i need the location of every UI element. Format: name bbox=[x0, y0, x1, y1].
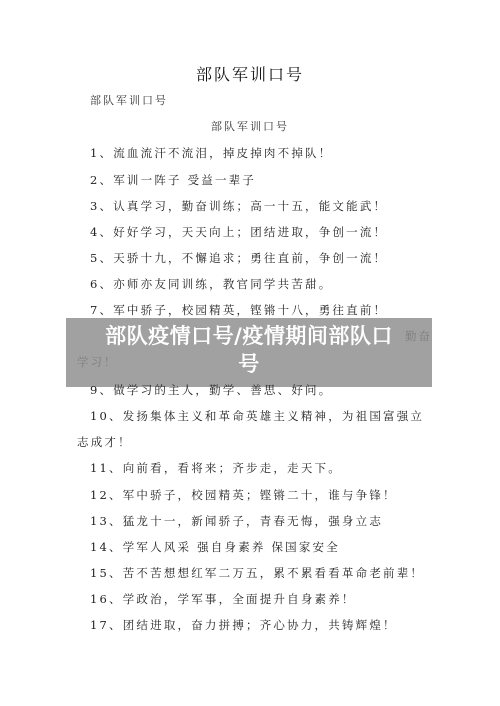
overlay-title: 部队疫情口号/疫情期间部队口 号 bbox=[66, 318, 432, 378]
slogan-item-6: 6、亦师亦友同训练，教官同学共苦甜。 bbox=[90, 276, 332, 292]
slogan-item-12: 12、军中骄子，校园精英；铿锵二十，谁与争锋！ bbox=[90, 487, 397, 503]
document-page: 部队军训口号 部队军训口号 部队军训口号 1、流血流汗不流泪，掉皮掉肉不掉队！ … bbox=[0, 0, 500, 706]
slogan-item-10-wrap: 志成才！ bbox=[77, 434, 132, 450]
slogan-item-17: 17、团结进取，奋力拼搏；齐心协力，共铸辉煌！ bbox=[90, 617, 397, 633]
slogan-item-2: 2、军训一阵子 受益一辈子 bbox=[90, 172, 256, 188]
slogan-item-14: 14、学军人风采 强自身素养 保国家安全 bbox=[90, 539, 340, 555]
slogan-item-4: 4、好好学习，天天向上；团结进取，争创一流！ bbox=[90, 224, 387, 240]
slogan-item-16: 16、学政治，学军事，全面提升自身素养！ bbox=[90, 591, 356, 607]
slogan-item-5: 5、天骄十九，不懈追求；勇往直前，争创一流！ bbox=[90, 250, 387, 266]
slogan-item-10: 10、发扬集体主义和革命英雄主义精神，为祖国富强立 bbox=[90, 408, 424, 424]
document-subtitle-left: 部队军训口号 bbox=[90, 92, 168, 108]
overlay-title-line-2: 号 bbox=[66, 350, 432, 378]
document-title: 部队军训口号 bbox=[0, 62, 500, 85]
slogan-item-11: 11、向前看，看将来；齐步走，走天下。 bbox=[90, 460, 342, 476]
overlay-title-line-1: 部队疫情口号/疫情期间部队口 bbox=[66, 322, 432, 350]
slogan-item-7: 7、军中骄子，校园精英，铿锵十八，勇往直前！ bbox=[90, 302, 387, 318]
document-subtitle-center: 部队军训口号 bbox=[0, 118, 500, 134]
slogan-item-13: 13、猛龙十一，新闻骄子，青春无悔，强身立志 bbox=[90, 513, 383, 529]
slogan-item-15: 15、苦不苦想想红军二万五，累不累看看革命老前辈！ bbox=[90, 565, 424, 581]
slogan-item-3: 3、认真学习，勤奋训练；高一十五，能文能武！ bbox=[90, 198, 387, 214]
slogan-item-1: 1、流血流汗不流泪，掉皮掉肉不掉队！ bbox=[90, 145, 332, 161]
slogan-item-9: 9、做学习的主人，勤学、善思、好问。 bbox=[90, 382, 332, 398]
